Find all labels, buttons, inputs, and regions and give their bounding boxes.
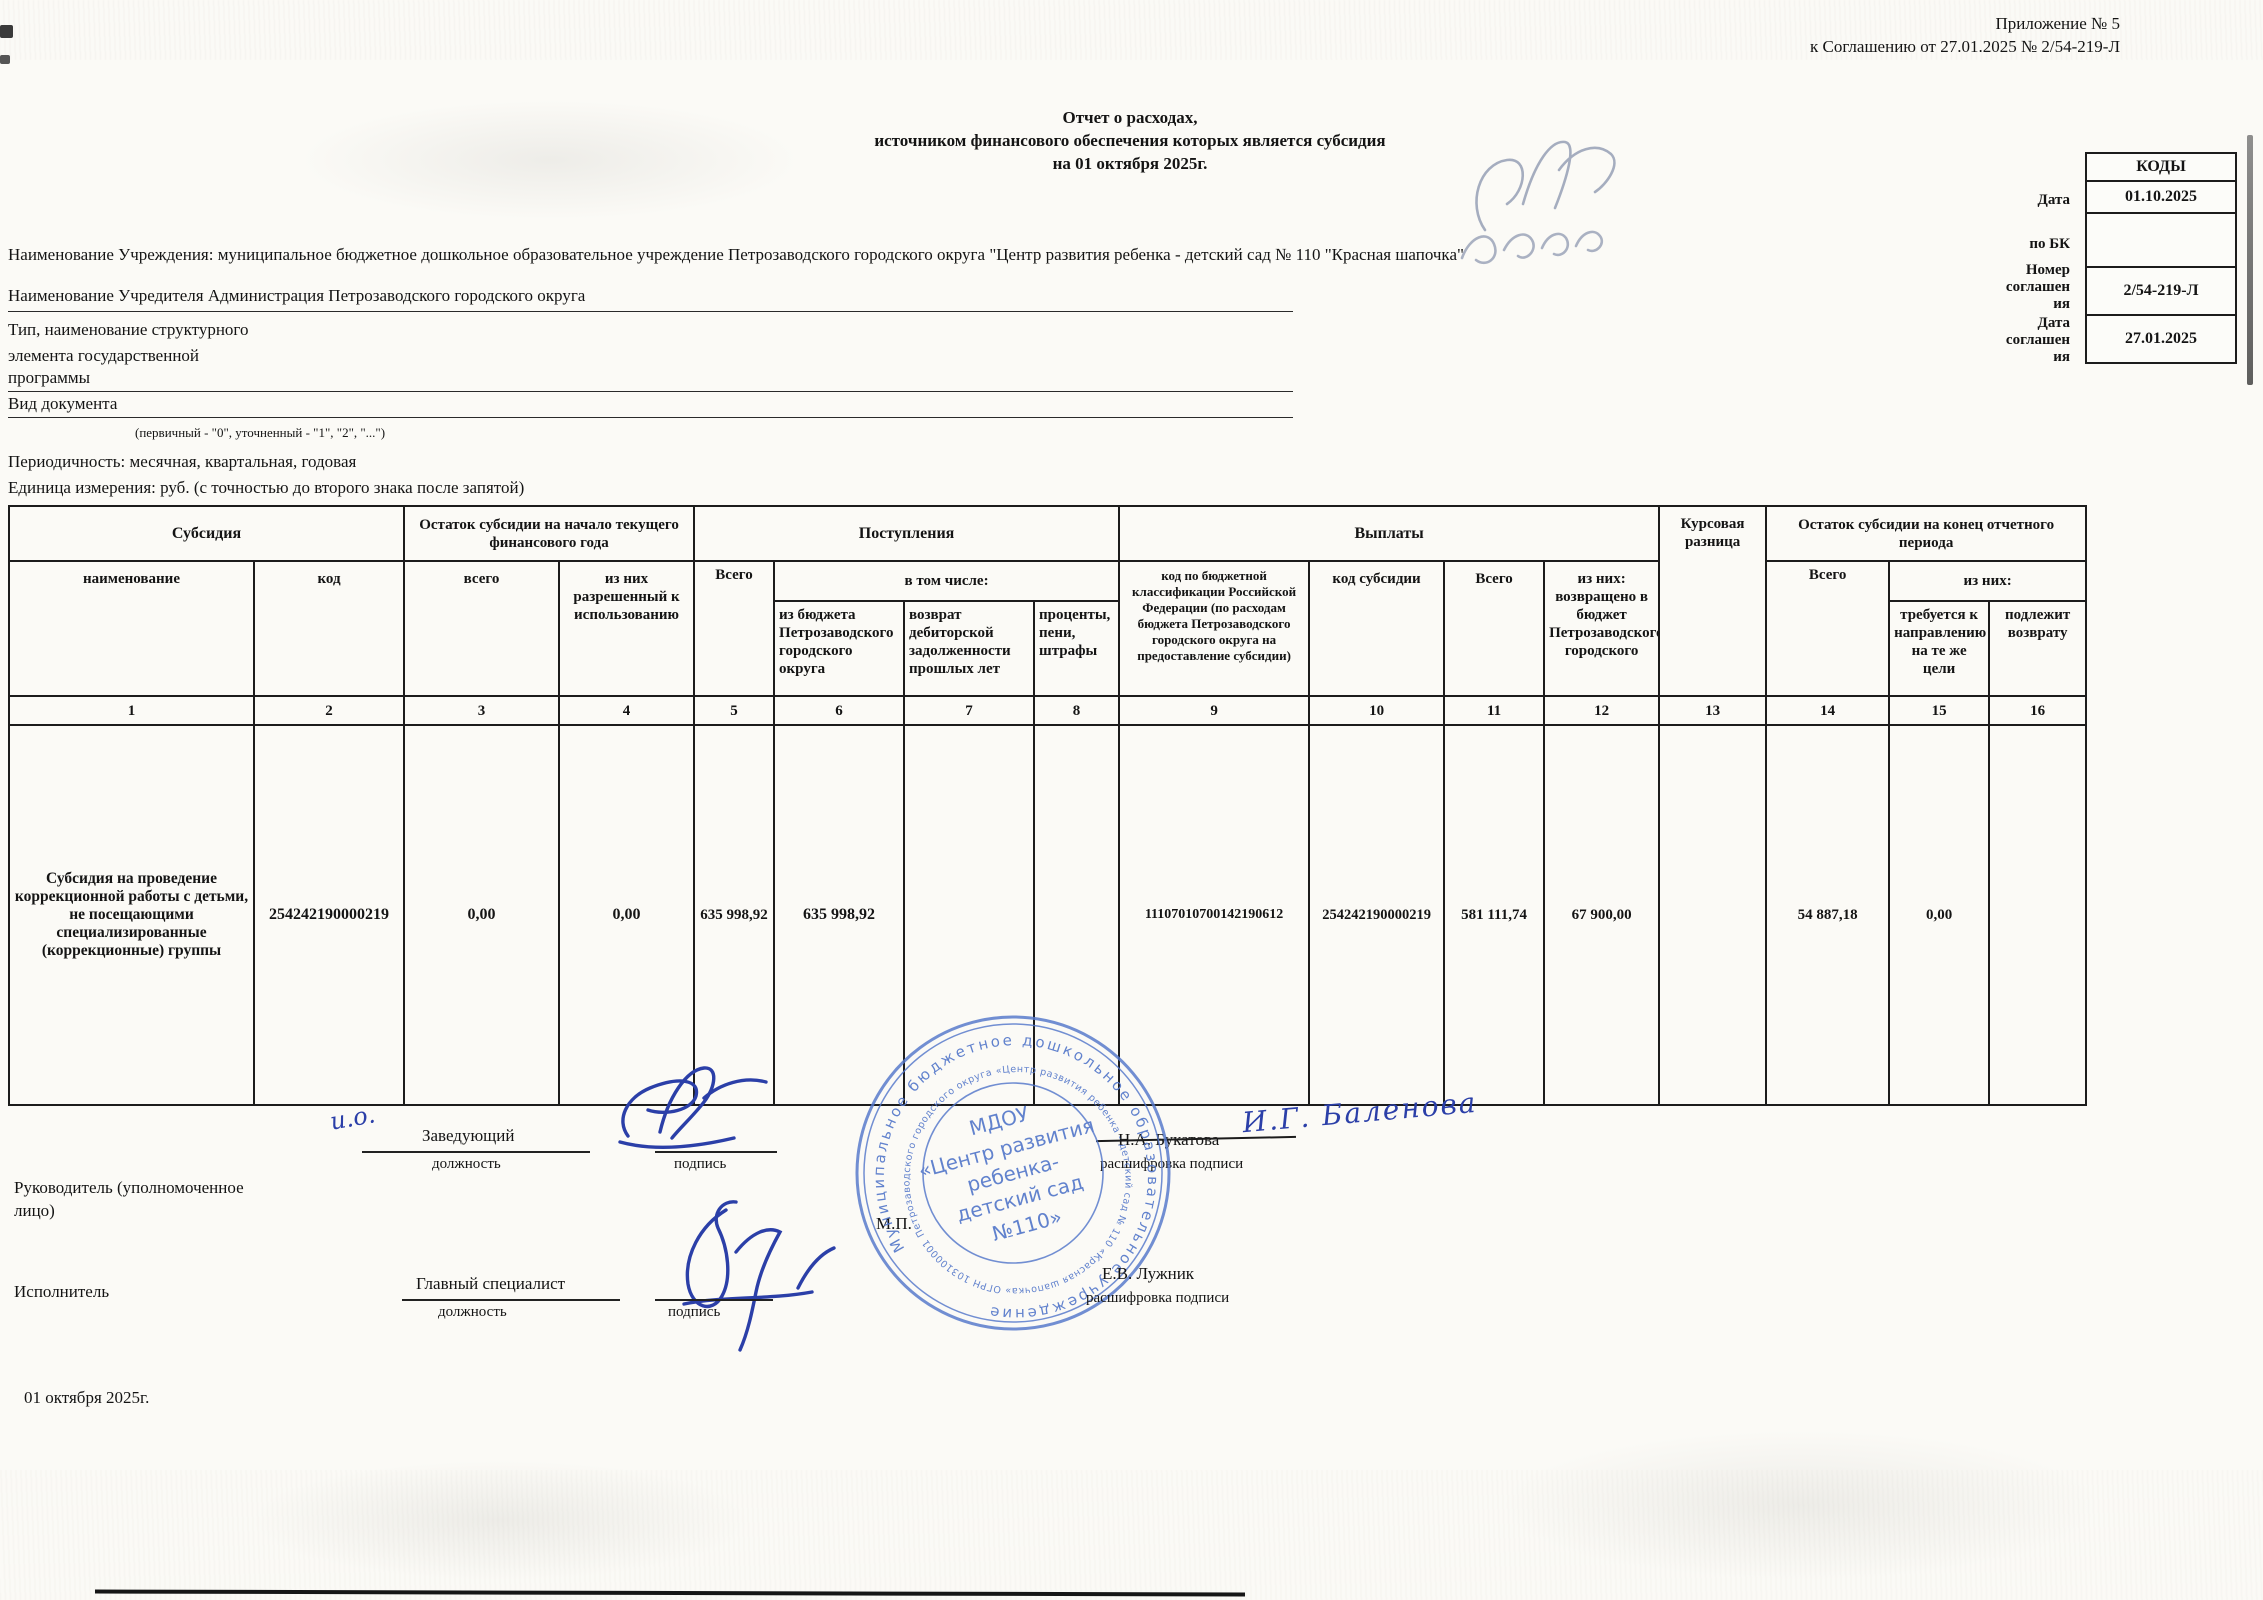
signature-caption: подпись <box>674 1156 726 1173</box>
codes-label-bk: по БК <box>2000 236 2070 253</box>
col-header-code: код <box>254 561 404 696</box>
column-number: 8 <box>1034 696 1119 725</box>
position-title-executor: Главный специалист <box>416 1272 565 1295</box>
scan-edge-mark <box>2247 135 2253 385</box>
appendix-reference: Приложение № 5 к Соглашению от 27.01.202… <box>1400 12 2120 58</box>
appendix-line-1: Приложение № 5 <box>1400 12 2120 35</box>
position-caption: должность <box>432 1156 501 1173</box>
codes-value-bk <box>2085 214 2237 268</box>
cell-subsidy-code: 254242190000219 <box>254 725 404 1105</box>
col-header-balance-end-total: Всего <box>1766 561 1889 696</box>
col-header-budget-class-code: код по бюджетной классификации Российско… <box>1119 561 1309 696</box>
position-line-2 <box>402 1299 620 1301</box>
column-number: 14 <box>1766 696 1889 725</box>
codes-box: КОДЫ 01.10.2025 2/54-219-Л 27.01.2025 <box>2085 152 2237 364</box>
cell-exchange-diff <box>1659 725 1766 1105</box>
column-number: 2 <box>254 696 404 725</box>
document-kind: Вид документа <box>8 392 1293 418</box>
col-header-to-return: подлежит возврату <box>1989 601 2086 696</box>
codes-value-date: 01.10.2025 <box>2085 182 2237 214</box>
scan-blotch <box>250 1460 750 1580</box>
group-header-receipts: Поступления <box>694 506 1119 561</box>
codes-label-agreement-number: Номер соглашения <box>2000 262 2070 313</box>
col-header-name: наименование <box>9 561 254 696</box>
col-header-receipts-total: Всего <box>694 561 774 696</box>
signer-role-head: Руководитель (уполномоченное лицо) <box>14 1176 294 1222</box>
position-line <box>362 1151 590 1153</box>
structural-element-line-1: Тип, наименование структурного <box>8 318 248 341</box>
cell-subsidy-name: Субсидия на проведение коррекционной раб… <box>9 725 254 1105</box>
group-header-exchange-diff: Курсовая разница <box>1659 506 1766 696</box>
periodicity: Периодичность: месячная, квартальная, го… <box>8 450 356 473</box>
column-number: 13 <box>1659 696 1766 725</box>
signature-line <box>655 1151 777 1153</box>
col-header-subsidy-code: код субсидии <box>1309 561 1444 696</box>
group-header-payments: Выплаты <box>1119 506 1659 561</box>
footer-date: 01 октября 2025г. <box>24 1386 149 1409</box>
group-header-balance-end: Остаток субсидии на конец отчетного пери… <box>1766 506 2086 561</box>
col-header-same-goals: требуется к направлению на те же цели <box>1889 601 1989 696</box>
col-header-from-city-budget: из бюджета Петрозаводского городского ок… <box>774 601 904 696</box>
codes-value-agreement-date: 27.01.2025 <box>2085 316 2237 364</box>
cell-balance-end-total: 54 887,18 <box>1766 725 1889 1105</box>
column-number: 16 <box>1989 696 2086 725</box>
name-caption-2: расшифровка подписи <box>1086 1290 1229 1307</box>
column-number: 1 <box>9 696 254 725</box>
column-number: 7 <box>904 696 1034 725</box>
cell-subsidy-code-2: 254242190000219 <box>1309 725 1444 1105</box>
cell-balance-start-total: 0,00 <box>404 725 559 1105</box>
group-header-subsidy: Субсидия <box>9 506 404 561</box>
signature-caption-2: подпись <box>668 1304 720 1321</box>
position-title-head: Заведующий <box>422 1124 514 1147</box>
codes-label-date: Дата <box>2000 192 2070 209</box>
column-number: 11 <box>1444 696 1544 725</box>
scan-bottom-line <box>95 1589 1245 1596</box>
codes-box-header: КОДЫ <box>2085 152 2237 182</box>
cell-balance-end-same-goals: 0,00 <box>1889 725 1989 1105</box>
codes-label-agreement-date: Дата соглашения <box>2000 315 2070 366</box>
col-header-total-start: всего <box>404 561 559 696</box>
cell-balance-end-return <box>1989 725 2086 1105</box>
signature-line-2 <box>655 1299 773 1301</box>
signer-name-executor: Е.В. Лужник <box>1102 1262 1194 1285</box>
column-number: 3 <box>404 696 559 725</box>
col-header-payments-returned: из них: возвращено в бюджет Петрозаводск… <box>1544 561 1659 696</box>
cell-payments-total: 581 111,74 <box>1444 725 1544 1105</box>
column-number: 15 <box>1889 696 1989 725</box>
signer-role-executor: Исполнитель <box>14 1280 109 1303</box>
group-header-balance-start: Остаток субсидии на начало текущего фина… <box>404 506 694 561</box>
group-header-balance-end-incl: из них: <box>1889 561 2086 601</box>
institution-name: Наименование Учреждения: муниципальное б… <box>8 243 2008 266</box>
measure-unit: Единица измерения: руб. (с точностью до … <box>8 476 524 499</box>
col-header-payments-total: Всего <box>1444 561 1544 696</box>
appendix-line-2: к Соглашению от 27.01.2025 № 2/54-219-Л <box>1400 35 2120 58</box>
codes-value-agreement-number: 2/54-219-Л <box>2085 268 2237 316</box>
signature-head <box>608 1058 788 1158</box>
scanned-report-page: Приложение № 5 к Соглашению от 27.01.202… <box>0 0 2263 1600</box>
scan-blotch <box>1500 1430 2100 1580</box>
structural-element-line-3: программы <box>8 366 1293 392</box>
position-caption-2: должность <box>438 1304 507 1321</box>
cell-receipts-total: 635 998,92 <box>694 725 774 1105</box>
column-number: 5 <box>694 696 774 725</box>
founder-name: Наименование Учредителя Администрация Пе… <box>8 284 1293 312</box>
column-number: 10 <box>1309 696 1444 725</box>
document-kind-note: (первичный - "0", уточненный - "1", "2",… <box>135 425 385 441</box>
signature-executor <box>648 1192 858 1357</box>
column-number: 6 <box>774 696 904 725</box>
cell-payments-returned: 67 900,00 <box>1544 725 1659 1105</box>
column-number: 4 <box>559 696 694 725</box>
scan-edge-blob <box>0 25 13 38</box>
col-header-debt-return: возврат дебиторской задолженности прошлы… <box>904 601 1034 696</box>
scan-edge-blob <box>0 55 10 64</box>
cell-balance-start-allowed: 0,00 <box>559 725 694 1105</box>
group-header-receipts-incl: в том числе: <box>774 561 1119 601</box>
scan-noise-bottom <box>0 1470 2263 1600</box>
col-header-penalties: проценты, пени, штрафы <box>1034 601 1119 696</box>
structural-element-line-2: элемента государственной <box>8 344 199 367</box>
column-number: 9 <box>1119 696 1309 725</box>
col-header-allowed: из них разрешенный к использованию <box>559 561 694 696</box>
column-number: 12 <box>1544 696 1659 725</box>
